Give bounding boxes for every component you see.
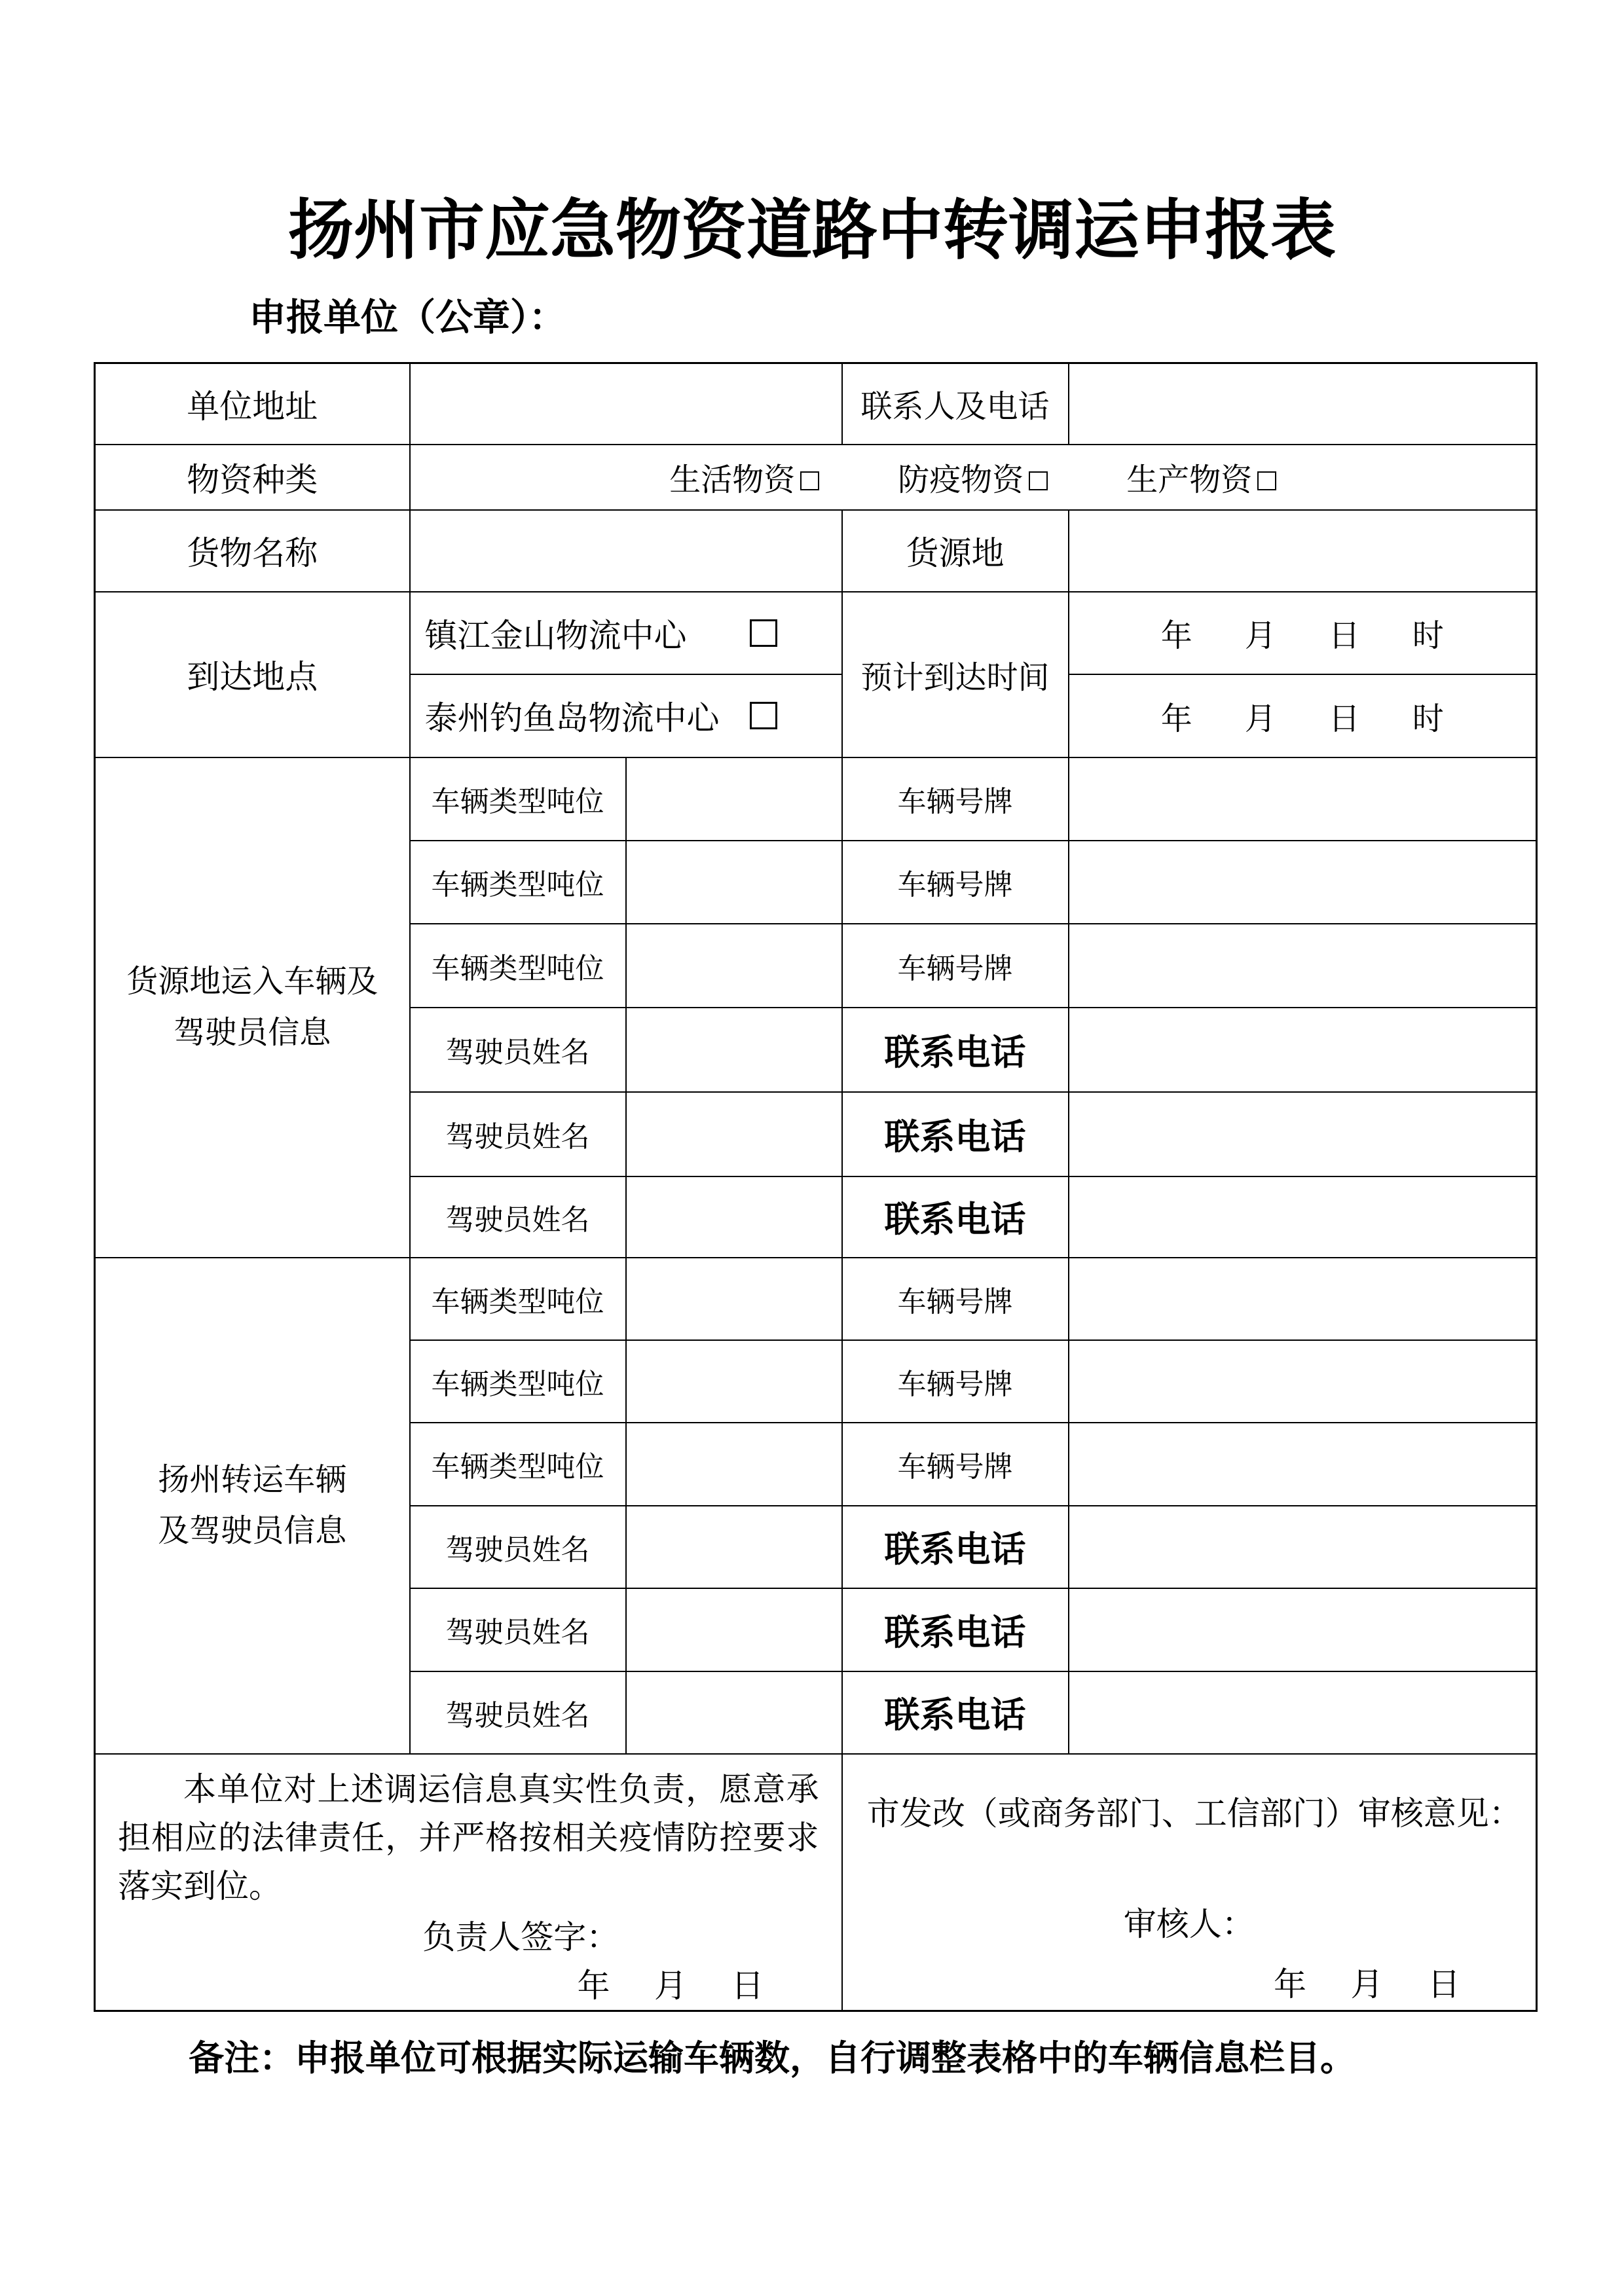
phone-label: 联系电话 (842, 1008, 1069, 1092)
plate-input-cell[interactable] (1069, 924, 1537, 1008)
vehicle-type-input-cell[interactable] (626, 757, 842, 841)
plate-input-cell[interactable] (1069, 1423, 1537, 1506)
vehicle-type-input-cell[interactable] (626, 1258, 842, 1340)
section-inbound-line2: 驾驶员信息 (96, 1008, 409, 1059)
plate-label: 车辆号牌 (842, 841, 1069, 924)
vehicle-type-label: 车辆类型吨位 (410, 1340, 626, 1423)
remark-note: 备注：申报单位可根据实际运输车辆数，自行调整表格中的车辆信息栏目。 (189, 2037, 1356, 2080)
supplies-option-production-label: 生产物资 (1126, 463, 1252, 498)
goods-name-label: 货物名称 (95, 510, 410, 592)
checkbox-production-supplies[interactable] (1257, 471, 1276, 490)
reviewer-label[interactable]: 审核人： (843, 1898, 1536, 1945)
vehicle-type-input-cell[interactable] (626, 1340, 842, 1423)
unit-address-label: 单位地址 (95, 363, 410, 445)
driver-name-input-cell[interactable] (626, 1176, 842, 1258)
vehicle-type-label: 车辆类型吨位 (410, 841, 626, 924)
eta-datetime-1[interactable]: 年 月 日 时 (1069, 592, 1537, 674)
review-opinion-cell: 市发改（或商务部门、工信部门）审核意见： 审核人： 年 月 日 (842, 1754, 1537, 2011)
section-inbound-vehicles-label: 货源地运入车辆及 驾驶员信息 (95, 757, 410, 1258)
signature-date[interactable]: 年 月 日 (96, 1961, 841, 2010)
phone-label: 联系电话 (842, 1671, 1069, 1754)
form-page: 扬州市应急物资道路中转调运申报表 申报单位（公章）： 单位地址 联系人及电话 物… (0, 0, 1624, 2296)
checkbox-taizhou-diaoyudao[interactable] (750, 702, 777, 729)
arrival-place-label: 到达地点 (95, 592, 410, 757)
driver-name-input-cell[interactable] (626, 1588, 842, 1671)
driver-name-label: 驾驶员姓名 (410, 1176, 626, 1258)
declaration-form-table: 单位地址 联系人及电话 物资种类 生活物资 防疫物资 生产物资 货物名称 货源地 (94, 362, 1538, 2012)
plate-input-cell[interactable] (1069, 841, 1537, 924)
phone-input-cell[interactable] (1069, 1176, 1537, 1258)
phone-input-cell[interactable] (1069, 1008, 1537, 1092)
phone-label: 联系电话 (842, 1588, 1069, 1671)
vehicle-type-input-cell[interactable] (626, 1423, 842, 1506)
section-transfer-line2: 及驾驶员信息 (96, 1506, 409, 1557)
vehicle-type-input-cell[interactable] (626, 841, 842, 924)
phone-input-cell[interactable] (1069, 1506, 1537, 1588)
phone-label: 联系电话 (842, 1506, 1069, 1588)
plate-label: 车辆号牌 (842, 1340, 1069, 1423)
vehicle-type-label: 车辆类型吨位 (410, 924, 626, 1008)
table-row: 物资种类 生活物资 防疫物资 生产物资 (95, 445, 1537, 510)
table-row: 货物名称 货源地 (95, 510, 1537, 592)
supplies-option-epidemic-label: 防疫物资 (898, 463, 1024, 498)
table-row: 货源地运入车辆及 驾驶员信息 车辆类型吨位 车辆号牌 (95, 757, 1537, 841)
table-row: 单位地址 联系人及电话 (95, 363, 1537, 445)
arrival-option-zhenjiang-cell: 镇江金山物流中心 (410, 592, 842, 674)
plate-label: 车辆号牌 (842, 1423, 1069, 1506)
section-transfer-line1: 扬州转运车辆 (96, 1455, 409, 1506)
review-date[interactable]: 年 月 日 (843, 1958, 1536, 2005)
vehicle-type-input-cell[interactable] (626, 924, 842, 1008)
contact-label: 联系人及电话 (842, 363, 1069, 445)
phone-input-cell[interactable] (1069, 1588, 1537, 1671)
signature-label[interactable]: 负责人签字： (96, 1913, 841, 1961)
supplies-option-production: 生产物资 (1126, 454, 1276, 500)
phone-input-cell[interactable] (1069, 1671, 1537, 1754)
table-row: 到达地点 镇江金山物流中心 预计到达时间 年 月 日 时 (95, 592, 1537, 674)
vehicle-type-label: 车辆类型吨位 (410, 1423, 626, 1506)
section-transfer-vehicles-label: 扬州转运车辆 及驾驶员信息 (95, 1258, 410, 1754)
plate-input-cell[interactable] (1069, 1258, 1537, 1340)
driver-name-label: 驾驶员姓名 (410, 1092, 626, 1176)
page-title: 扬州市应急物资道路中转调运申报表 (0, 191, 1624, 270)
phone-label: 联系电话 (842, 1176, 1069, 1258)
driver-name-input-cell[interactable] (626, 1008, 842, 1092)
vehicle-type-label: 车辆类型吨位 (410, 757, 626, 841)
plate-input-cell[interactable] (1069, 757, 1537, 841)
checkbox-zhenjiang-jinshan[interactable] (750, 619, 777, 647)
driver-name-input-cell[interactable] (626, 1506, 842, 1588)
declaration-cell: 本单位对上述调运信息真实性负责，愿意承担相应的法律责任，并严格按相关疫情防控要求… (95, 1754, 842, 2011)
eta-datetime-2[interactable]: 年 月 日 时 (1069, 674, 1537, 757)
driver-name-input-cell[interactable] (626, 1671, 842, 1754)
vehicle-type-label: 车辆类型吨位 (410, 1258, 626, 1340)
table-row: 本单位对上述调运信息真实性负责，愿意承担相应的法律责任，并严格按相关疫情防控要求… (95, 1754, 1537, 2011)
supplies-option-epidemic: 防疫物资 (898, 454, 1048, 500)
plate-label: 车辆号牌 (842, 924, 1069, 1008)
goods-name-input-cell[interactable] (410, 510, 842, 592)
supplies-type-label: 物资种类 (95, 445, 410, 510)
supplies-option-life: 生活物资 (669, 454, 819, 500)
supplies-option-life-label: 生活物资 (669, 463, 795, 498)
declaration-text: 本单位对上述调运信息真实性负责，愿意承担相应的法律责任，并严格按相关疫情防控要求… (96, 1755, 841, 1910)
driver-name-label: 驾驶员姓名 (410, 1008, 626, 1092)
arrival-option-zhenjiang-label: 镇江金山物流中心 (425, 610, 687, 657)
review-opinion-label: 市发改（或商务部门、工信部门）审核意见： (843, 1759, 1536, 1834)
phone-label: 联系电话 (842, 1092, 1069, 1176)
driver-name-label: 驾驶员姓名 (410, 1671, 626, 1754)
phone-input-cell[interactable] (1069, 1092, 1537, 1176)
plate-input-cell[interactable] (1069, 1340, 1537, 1423)
supplies-options-cell: 生活物资 防疫物资 生产物资 (410, 445, 1537, 510)
driver-name-input-cell[interactable] (626, 1092, 842, 1176)
arrival-option-taizhou-cell: 泰州钓鱼岛物流中心 (410, 674, 842, 757)
arrival-option-taizhou-label: 泰州钓鱼岛物流中心 (425, 692, 720, 739)
contact-input-cell[interactable] (1069, 363, 1537, 445)
checkbox-epidemic-supplies[interactable] (1029, 471, 1048, 490)
section-inbound-line1: 货源地运入车辆及 (96, 957, 409, 1008)
plate-label: 车辆号牌 (842, 1258, 1069, 1340)
unit-address-input-cell[interactable] (410, 363, 842, 445)
plate-label: 车辆号牌 (842, 757, 1069, 841)
eta-label: 预计到达时间 (842, 592, 1069, 757)
table-row: 扬州转运车辆 及驾驶员信息 车辆类型吨位 车辆号牌 (95, 1258, 1537, 1340)
checkbox-life-supplies[interactable] (800, 471, 819, 490)
driver-name-label: 驾驶员姓名 (410, 1588, 626, 1671)
goods-source-label: 货源地 (842, 510, 1069, 592)
goods-source-input-cell[interactable] (1069, 510, 1537, 592)
driver-name-label: 驾驶员姓名 (410, 1506, 626, 1588)
declaring-unit-seal-label: 申报单位（公章）： (249, 296, 566, 340)
